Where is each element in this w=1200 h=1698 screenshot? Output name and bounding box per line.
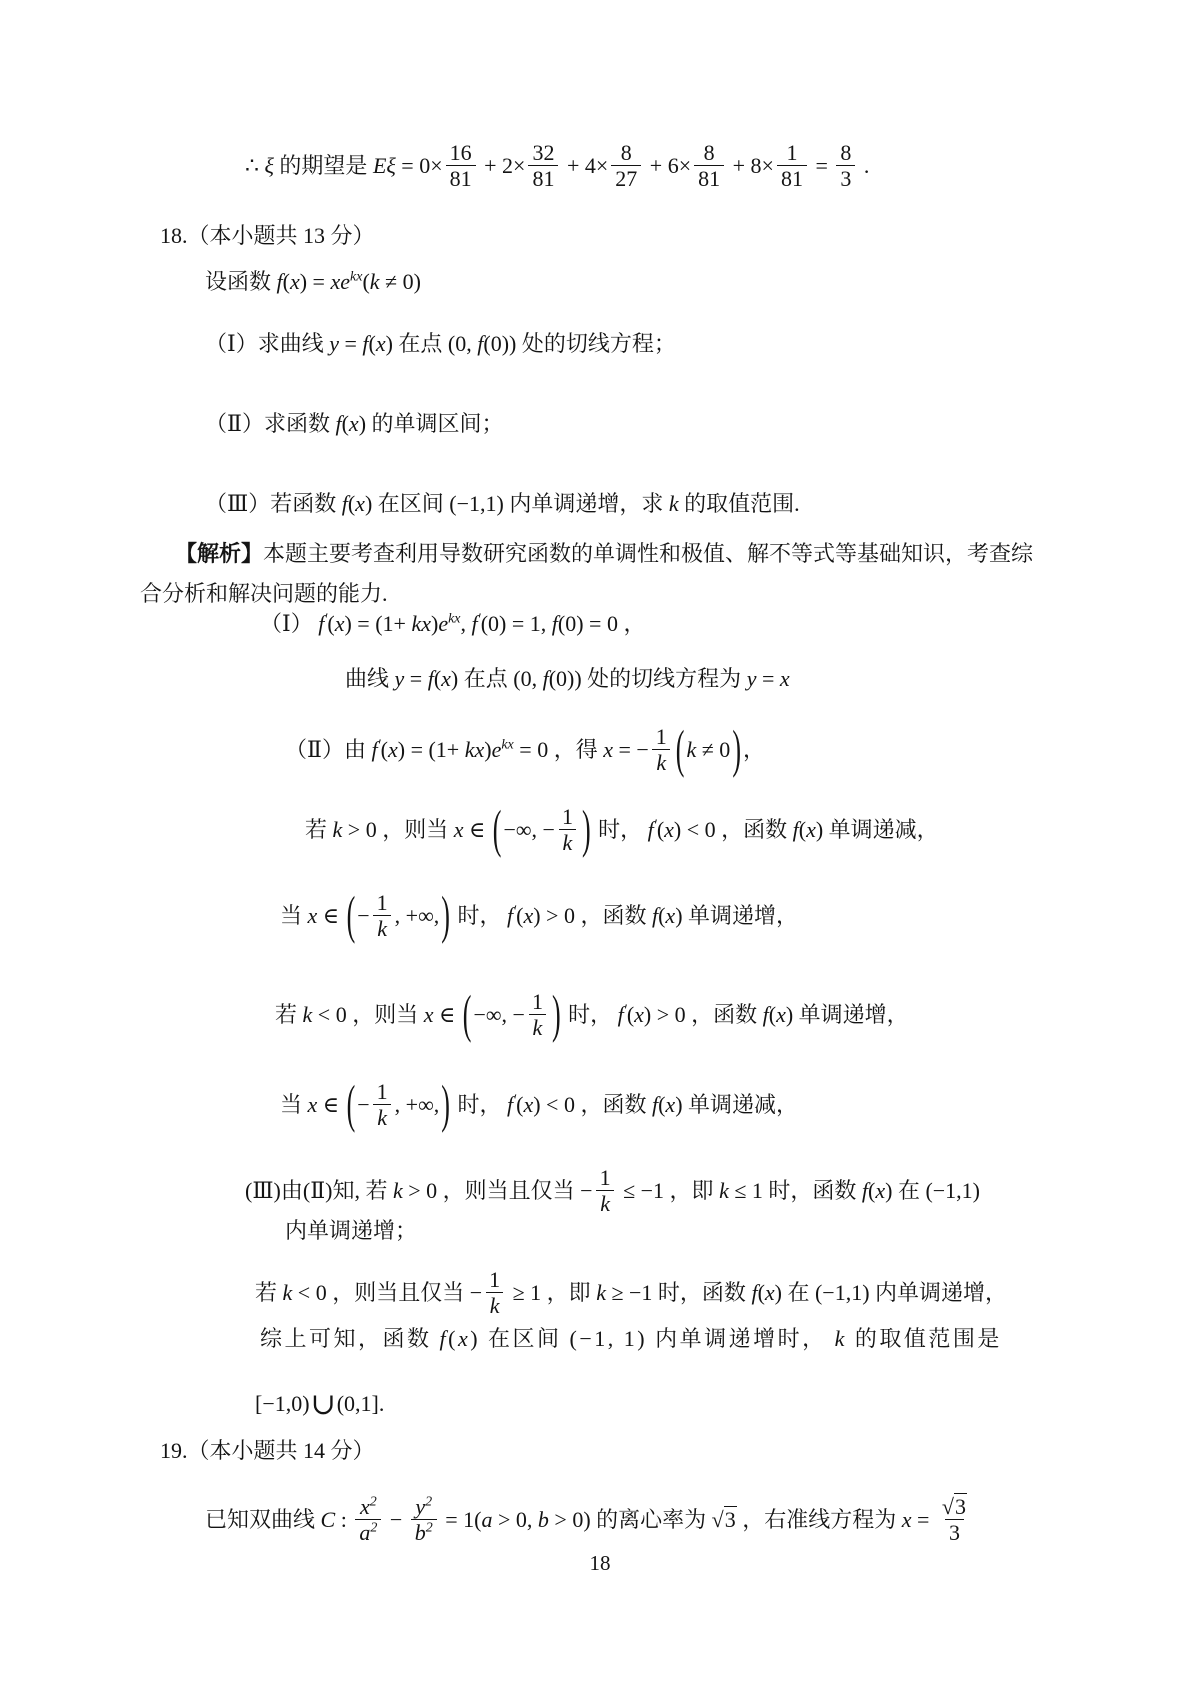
text-run: (0)) 处的切线方程； <box>483 331 675 356</box>
big-paren: ( <box>493 799 502 861</box>
text-run: ( <box>381 737 388 762</box>
text-run: ≤ −1 ，即 <box>618 1178 719 1203</box>
text-run: 8 <box>840 140 851 165</box>
math-variable: e <box>438 611 448 636</box>
text-run: : <box>335 1507 352 1532</box>
math-variable: k <box>393 1178 403 1203</box>
math-variable: k <box>669 491 679 516</box>
text-run: ) 在点 (0, <box>451 666 543 691</box>
text-run: 1 <box>656 724 667 749</box>
fraction-denominator: b2 <box>411 1519 437 1545</box>
fraction-denominator: k <box>596 1190 614 1216</box>
text-run: (0,1]. <box>337 1391 385 1416</box>
text-run: ≠ 0) <box>380 269 421 294</box>
text-run: −∞, − <box>473 1002 525 1027</box>
math-variable: kx <box>465 737 485 762</box>
text-run: = <box>339 331 362 356</box>
text-run: ) 在点 (0, <box>386 331 478 356</box>
text-run: ∈ <box>317 903 344 928</box>
math-variable: ξ <box>265 153 274 178</box>
math-variable: xe <box>330 269 350 294</box>
text-run: ) = (1+ <box>344 611 411 636</box>
superscript: 2 <box>370 1521 377 1536</box>
math-variable: x <box>776 1002 786 1027</box>
text-run: 设函数 <box>205 269 277 294</box>
text-run: 81 <box>698 166 720 191</box>
superscript: kx <box>350 270 362 285</box>
math-variable: k <box>333 817 343 842</box>
text-run: ( <box>369 331 376 356</box>
fraction-denominator: 81 <box>777 165 807 191</box>
text-run: 32 <box>532 140 554 165</box>
math-variable: k <box>835 1326 847 1351</box>
text-run: − <box>357 1092 369 1117</box>
fraction: 1k <box>558 804 577 856</box>
fraction-denominator: k <box>373 915 391 941</box>
text-run: > 0) 的离心率为 <box>549 1507 712 1532</box>
fraction-numerator: 1 <box>528 989 547 1014</box>
text-run: ( <box>283 269 290 294</box>
solution-part3-kpos: (Ⅲ)由(Ⅱ)知, 若 k > 0 ，则当且仅当 −1k ≤ −1 ，即 k ≤… <box>245 1167 980 1219</box>
text-run: 若 <box>305 817 333 842</box>
text-run: + 4× <box>561 153 608 178</box>
math-variable: y <box>329 331 339 356</box>
text-run: ) 在区间 (−1,1) 内单调递增，求 <box>365 491 669 516</box>
text-run: 时， <box>452 1092 507 1117</box>
solution-part3-kpos-cont: 内单调递增； <box>285 1216 417 1246</box>
text-run: ( <box>448 1326 458 1351</box>
math-variable: k <box>686 737 696 762</box>
fraction-numerator: 8 <box>617 140 636 165</box>
sqrt-radicand: 3 <box>954 1493 967 1519</box>
text-run: 1 <box>532 989 543 1014</box>
text-run: = <box>810 153 833 178</box>
text-run: (0) = 0 ， <box>558 611 646 636</box>
fraction: x2a2 <box>355 1494 381 1546</box>
fraction-numerator: 32 <box>528 140 558 165</box>
text-run: − <box>357 903 369 928</box>
text-run: 3 <box>840 166 851 191</box>
question-19-header: 19.（本小题共 14 分） <box>160 1436 375 1466</box>
text-run: 1 <box>786 140 797 165</box>
math-variable: x <box>523 903 533 928</box>
math-variable: k <box>377 916 387 941</box>
text-run: , +∞, <box>395 903 440 928</box>
text-run: （Ⅱ）求函数 <box>205 411 335 436</box>
text-run: = <box>756 666 779 691</box>
math-variable: e <box>492 737 502 762</box>
fraction: 1k <box>373 890 392 942</box>
text-run: ) < 0 ，函数 <box>674 817 793 842</box>
superscript: 2 <box>425 1495 432 1510</box>
math-variable: x <box>454 817 464 842</box>
math-variable: Eξ <box>373 153 396 178</box>
fraction-numerator: 1 <box>652 724 671 749</box>
fraction-denominator: a2 <box>355 1519 381 1545</box>
math-variable: x <box>765 1280 775 1305</box>
text-run: ( <box>342 411 349 436</box>
text-run: 合分析和解决问题的能力. <box>140 581 388 606</box>
math-variable: a <box>481 1507 492 1532</box>
text-run: ( <box>327 611 334 636</box>
text-run: 1 <box>377 890 388 915</box>
solution-part2-critical: （Ⅱ）由 f′(x) = (1+ kx)ekx = 0 ，得 x = −1k(k… <box>285 726 765 778</box>
text-run: 16 <box>450 140 472 165</box>
text-run: ≠ 0 <box>696 737 730 762</box>
math-variable: y <box>415 1494 425 1519</box>
math-variable: k <box>370 269 380 294</box>
text-run: 8 <box>621 140 632 165</box>
text-run: （Ⅰ）求曲线 <box>205 331 329 356</box>
text-run: ) 在 (−1,1) 内单调递增， <box>775 1280 1007 1305</box>
text-run: (0) = 1, <box>481 611 552 636</box>
fraction-denominator: k <box>373 1104 391 1130</box>
math-variable: x <box>349 411 359 436</box>
fraction-denominator: k <box>529 1014 547 1040</box>
text-run: (0)) 处的切线方程为 <box>549 666 747 691</box>
text-run: 本题主要考查利用导数研究函数的单调性和极值、解不等式等基础知识，考查综 <box>263 541 1033 566</box>
text-run: 1 <box>377 1079 388 1104</box>
solution-part2-kneg-increase: 若 k < 0 ，则当 x ∈ (−∞, −1k) 时， f′(x) > 0 ，… <box>275 991 909 1043</box>
math-variable: k <box>283 1280 293 1305</box>
text-run: , +∞, <box>395 1092 440 1117</box>
fraction: 1k <box>528 989 547 1041</box>
math-variable: b <box>415 1520 426 1545</box>
text-run: ∈ <box>433 1002 460 1027</box>
big-paren: ) <box>732 719 741 781</box>
fraction-numerator: √3 <box>938 1494 971 1519</box>
math-variable: x <box>634 1002 644 1027</box>
big-paren: ) <box>582 799 591 861</box>
text-run: > 0 ，则当且仅当 − <box>403 1178 593 1203</box>
fraction-denominator: 81 <box>446 165 476 191</box>
math-variable: x <box>376 331 386 356</box>
superscript: 2 <box>426 1521 433 1536</box>
question-18-part1: （Ⅰ）求曲线 y = f(x) 在点 (0, f(0)) 处的切线方程； <box>205 329 676 359</box>
math-variable: x <box>308 903 318 928</box>
fraction: 1k <box>373 1079 392 1131</box>
text-run: （Ⅰ） <box>260 611 318 636</box>
page-number: 18 <box>0 1551 1200 1576</box>
fraction-denominator: k <box>652 749 670 775</box>
fraction-numerator: 1 <box>373 890 392 915</box>
text-run: ) 单调递增， <box>786 1002 909 1027</box>
text-run: ≥ −1 时，函数 <box>606 1280 751 1305</box>
solution-part3-answer: [−1,0)∪(0,1]. <box>255 1389 384 1420</box>
text-run: 当 <box>280 1092 308 1117</box>
text-run: ) = (1+ <box>398 737 465 762</box>
math-variable: b <box>538 1507 549 1532</box>
sqrt-expression: √3 <box>712 1506 737 1532</box>
question-18-part2: （Ⅱ）求函数 f(x) 的单调区间； <box>205 409 504 439</box>
fraction-numerator: 1 <box>373 1079 392 1104</box>
text-run: 81 <box>781 166 803 191</box>
fraction: 83 <box>836 140 855 192</box>
math-variable: y <box>747 666 757 691</box>
math-variable: k <box>303 1002 313 1027</box>
fraction: 1k <box>652 724 671 776</box>
fraction: 3281 <box>528 140 558 192</box>
superscript: 2 <box>370 1495 377 1510</box>
text-run: ≥ 1 ，即 <box>507 1280 596 1305</box>
math-variable: x <box>902 1507 912 1532</box>
text-run: 若 <box>255 1280 283 1305</box>
fraction-numerator: 8 <box>836 140 855 165</box>
text-run: 的取值范围是 <box>847 1326 1002 1351</box>
big-paren: ( <box>676 719 685 781</box>
big-paren: ) <box>552 984 561 1046</box>
math-variable: C <box>321 1507 336 1532</box>
solution-part2-kpos-increase: 当 x ∈ (−1k, +∞,) 时， f′(x) > 0 ，函数 f(x) 单… <box>280 892 798 944</box>
document-page: 18 ∴ ξ 的期望是 Eξ = 0×1681 + 2×3281 + 4×827… <box>0 0 1200 1698</box>
sqrt-expression: √3 <box>942 1493 967 1519</box>
solution-part3-kneg: 若 k < 0 ，则当且仅当 −1k ≥ 1 ，即 k ≥ −1 时，函数 f(… <box>255 1269 1007 1321</box>
text-run: 已知双曲线 <box>205 1507 321 1532</box>
math-variable: x <box>360 1494 370 1519</box>
text-run: 81 <box>532 166 554 191</box>
text-run: ) = <box>300 269 331 294</box>
text-run: 时， <box>563 1002 618 1027</box>
text-run: ) 在区间 (−1, 1) 内单调递增时， <box>470 1326 834 1351</box>
text-run: ) 的单调区间； <box>359 411 504 436</box>
math-variable: x <box>875 1178 885 1203</box>
text-run: (Ⅲ)由(Ⅱ)知, 若 <box>245 1178 393 1203</box>
text-run: ) > 0 ，函数 <box>644 1002 763 1027</box>
big-paren: ) <box>441 1074 450 1136</box>
union-symbol: ∪ <box>311 1388 336 1421</box>
text-run: ) 单调递减， <box>675 1092 798 1117</box>
math-variable: x <box>388 737 398 762</box>
text-run: ) <box>484 737 491 762</box>
math-variable: x <box>290 269 300 294</box>
fraction-denominator: k <box>486 1292 504 1318</box>
sqrt-radicand: 3 <box>724 1506 737 1532</box>
math-variable: x <box>806 817 816 842</box>
text-run: . <box>858 153 869 178</box>
fraction-numerator: 16 <box>446 140 476 165</box>
text-run: > 0 ，则当 <box>342 817 453 842</box>
math-variable: x <box>664 817 674 842</box>
text-run: ∈ <box>317 1092 344 1117</box>
text-run: ( <box>362 269 369 294</box>
fraction: √33 <box>938 1494 971 1546</box>
text-run: 1 <box>600 1165 611 1190</box>
text-run: < 0 ，则当且仅当 − <box>292 1280 482 1305</box>
math-variable: x <box>355 491 365 516</box>
big-paren: ( <box>463 984 472 1046</box>
fraction-numerator: 1 <box>596 1165 615 1190</box>
text-run: 时， <box>593 817 648 842</box>
text-run: = 0 ，得 <box>514 737 603 762</box>
text-run: > 0, <box>492 1507 537 1532</box>
text-run: −∞, − <box>503 817 555 842</box>
bold-text-run: 【解析】 <box>175 541 263 566</box>
text-run: ) > 0 ，函数 <box>533 903 652 928</box>
superscript: kx <box>448 612 460 627</box>
math-variable: k <box>600 1191 610 1216</box>
text-run: ( <box>799 817 806 842</box>
solution-part1-derivative: （Ⅰ） f′(x) = (1+ kx)ekx, f′(0) = 1, f(0) … <box>260 609 645 639</box>
fraction-denominator: 3 <box>945 1519 964 1545</box>
text-run: 综上可知，函数 <box>260 1326 440 1351</box>
math-variable: y <box>395 666 405 691</box>
text-run: = − <box>613 737 649 762</box>
math-variable: x <box>441 666 451 691</box>
math-variable: x <box>780 666 790 691</box>
text-run: 时， <box>452 903 507 928</box>
text-run: + 2× <box>479 153 526 178</box>
math-variable: a <box>359 1520 370 1545</box>
superscript: kx <box>501 738 513 753</box>
text-run: 1 <box>562 804 573 829</box>
text-run: 27 <box>615 166 637 191</box>
big-paren: ( <box>347 885 356 947</box>
math-variable: k <box>596 1280 606 1305</box>
question-18-header: 18.（本小题共 13 分） <box>160 221 375 251</box>
text-run: ， <box>743 737 765 762</box>
text-run: 1 <box>489 1267 500 1292</box>
math-variable: x <box>665 1092 675 1117</box>
math-variable: f <box>440 1326 449 1351</box>
text-run: < 0 ，则当 <box>312 1002 423 1027</box>
big-paren: ) <box>441 885 450 947</box>
fraction: 1681 <box>446 140 476 192</box>
big-paren: ( <box>347 1074 356 1136</box>
text-run: ，右准线方程为 <box>737 1507 902 1532</box>
fraction-numerator: 1 <box>558 804 577 829</box>
analysis-intro-line1: 【解析】本题主要考查利用导数研究函数的单调性和极值、解不等式等基础知识，考查综 <box>175 539 1033 569</box>
text-run: 的取值范围. <box>679 491 800 516</box>
text-run: ) 单调递增， <box>675 903 798 928</box>
math-variable: x <box>665 903 675 928</box>
math-variable: kx <box>411 611 431 636</box>
fraction-denominator: 27 <box>611 165 641 191</box>
math-variable: k <box>377 1105 387 1130</box>
fraction: 181 <box>777 140 807 192</box>
fraction-numerator: y2 <box>411 1494 436 1519</box>
text-run: ( <box>758 1280 765 1305</box>
fraction: 1k <box>596 1165 615 1217</box>
text-run: 81 <box>450 166 472 191</box>
text-run: 8 <box>704 140 715 165</box>
text-run: 曲线 <box>345 666 395 691</box>
fraction: 881 <box>694 140 724 192</box>
question-18-setup: 设函数 f(x) = xekx(k ≠ 0) <box>205 267 421 297</box>
text-run: 的期望是 <box>274 153 373 178</box>
math-variable: k <box>490 1293 500 1318</box>
fraction-numerator: 8 <box>700 140 719 165</box>
text-run: − <box>384 1507 407 1532</box>
math-variable: x <box>523 1092 533 1117</box>
text-run: 3 <box>949 1520 960 1545</box>
text-run: ∴ <box>245 153 265 178</box>
math-variable: x <box>424 1002 434 1027</box>
text-run: , <box>461 611 472 636</box>
fraction-denominator: 81 <box>528 165 558 191</box>
text-run: 19.（本小题共 14 分） <box>160 1438 375 1463</box>
text-run: 18.（本小题共 13 分） <box>160 223 375 248</box>
solution-part1-tangent: 曲线 y = f(x) 在点 (0, f(0)) 处的切线方程为 y = x <box>345 664 790 694</box>
text-run: ) 单调递减， <box>816 817 939 842</box>
analysis-intro-line2: 合分析和解决问题的能力. <box>140 579 388 609</box>
fraction: 827 <box>611 140 641 192</box>
solution-part2-kneg-decrease: 当 x ∈ (−1k, +∞,) 时， f′(x) < 0 ，函数 f(x) 单… <box>280 1081 798 1133</box>
text-run: = 0× <box>396 153 443 178</box>
fraction-denominator: 81 <box>694 165 724 191</box>
text-run: 当 <box>280 903 308 928</box>
math-variable: k <box>533 1015 543 1040</box>
text-run: ≤ 1 时，函数 <box>729 1178 862 1203</box>
text-run: ) 在 (−1,1) <box>885 1178 980 1203</box>
text-run: + 8× <box>727 153 774 178</box>
fraction-numerator: 1 <box>485 1267 504 1292</box>
fraction-denominator: 3 <box>836 165 855 191</box>
text-run: [−1,0) <box>255 1391 310 1416</box>
fraction-numerator: x2 <box>356 1494 381 1519</box>
text-run: ( <box>769 1002 776 1027</box>
text-run: 若 <box>275 1002 303 1027</box>
question-18-part3: （Ⅲ）若函数 f(x) 在区间 (−1,1) 内单调递增，求 k 的取值范围. <box>205 489 800 519</box>
text-run: ) < 0 ，函数 <box>533 1092 652 1117</box>
solution-part2-kpos-decrease: 若 k > 0 ，则当 x ∈ (−∞, −1k) 时， f′(x) < 0 ，… <box>305 806 939 858</box>
fraction-numerator: 1 <box>782 140 801 165</box>
text-run: ∈ <box>463 817 490 842</box>
fraction: y2b2 <box>411 1494 437 1546</box>
text-run: + 6× <box>644 153 691 178</box>
math-variable: x <box>603 737 613 762</box>
math-variable: x <box>458 1326 470 1351</box>
question-19-setup: 已知双曲线 C : x2a2 − y2b2 = 1(a > 0, b > 0) … <box>205 1496 974 1548</box>
text-run: 内单调递增； <box>285 1218 417 1243</box>
text-run: （Ⅲ）若函数 <box>205 491 342 516</box>
math-variable: k <box>719 1178 729 1203</box>
math-variable: k <box>656 750 666 775</box>
expectation-formula-line: ∴ ξ 的期望是 Eξ = 0×1681 + 2×3281 + 4×827 + … <box>245 142 869 194</box>
math-variable: k <box>563 830 573 855</box>
solution-part3-conclusion: 综上可知，函数 f(x) 在区间 (−1, 1) 内单调递增时， k 的取值范围… <box>260 1324 1002 1354</box>
fraction: 1k <box>485 1267 504 1319</box>
fraction-denominator: k <box>559 829 577 855</box>
text-run: = <box>404 666 427 691</box>
text-run: = 1( <box>440 1507 482 1532</box>
math-variable: x <box>308 1092 318 1117</box>
text-run: （Ⅱ）由 <box>285 737 371 762</box>
text-run: = <box>912 1507 935 1532</box>
